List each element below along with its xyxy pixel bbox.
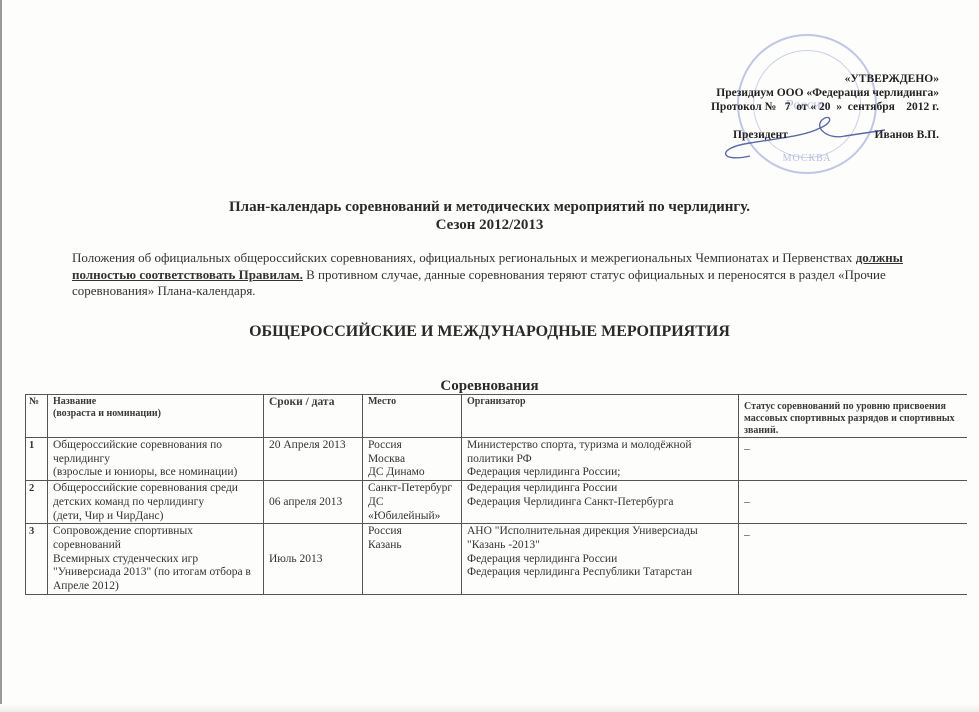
row-name-line: "Универсиада 2013" (по итогам отбора в: [53, 566, 258, 580]
row-place-line: ДС: [368, 496, 456, 510]
row-place-line: Москва: [368, 453, 456, 467]
header-name: Название (возраста и номинации): [48, 395, 264, 438]
row-name-line: (взрослые и юниоры, все номинации): [53, 466, 258, 480]
row-name-line: (дети, Чир и ЧирДанс): [53, 510, 258, 524]
approval-protocol: Протокол № 7 от « 20 » сентября 2012 г.: [711, 100, 939, 114]
row-dates: 20 Апреля 2013: [264, 438, 363, 481]
header-place: Место: [363, 395, 462, 438]
row-status: –: [739, 524, 967, 595]
row-place-line: ДС Динамо: [368, 466, 456, 480]
row-name-line: соревнований: [53, 539, 258, 553]
row-organizer-line: Министерство спорта, туризма и молодёжно…: [467, 439, 733, 453]
table-title: Соревнования: [0, 378, 979, 395]
row-organizer-line: "Казань -2013": [467, 539, 733, 553]
row-place-line: Казань: [368, 539, 456, 553]
title-line-2: Сезон 2012/2013: [0, 216, 979, 234]
section-heading: ОБЩЕРОССИЙСКИЕ И МЕЖДУНАРОДНЫЕ МЕРОПРИЯТ…: [0, 323, 979, 341]
row-name: Общероссийские соревнования среди детски…: [48, 481, 264, 524]
competitions-table: № Название (возраста и номинации) Сроки …: [25, 394, 967, 595]
row-status: –: [739, 481, 967, 524]
row-organizer: Министерство спорта, туризма и молодёжно…: [462, 438, 739, 481]
row-place: Россия Москва ДС Динамо: [363, 438, 462, 481]
header-name-line: Название: [53, 396, 258, 408]
scan-shadow: [0, 704, 979, 712]
row-name-line: Сопровождение спортивных: [53, 525, 258, 539]
row-dates: 06 апреля 2013: [264, 481, 363, 524]
row-name-line: черлидингу: [53, 453, 258, 467]
row-name: Общероссийские соревнования по черлидинг…: [48, 438, 264, 481]
row-name: Сопровождение спортивных соревнований Вс…: [48, 524, 264, 595]
row-organizer-line: Федерация черлидинга России: [467, 482, 733, 496]
row-organizer-line: АНО "Исполнительная дирекция Универсиады: [467, 525, 733, 539]
row-num: 2: [26, 481, 48, 524]
row-organizer-line: Федерация черлидинга России: [467, 553, 733, 567]
row-organizer: Федерация черлидинга России Федерация Че…: [462, 481, 739, 524]
row-organizer: АНО "Исполнительная дирекция Универсиады…: [462, 524, 739, 595]
approval-block: «УТВЕРЖДЕНО» Президиум ООО «Федерация че…: [711, 72, 939, 142]
row-num: 1: [26, 438, 48, 481]
header-name-line: (возраста и номинации): [53, 408, 258, 420]
row-name-line: Общероссийские соревнования по: [53, 439, 258, 453]
header-organizer: Организатор: [462, 395, 739, 438]
row-organizer-line: Федерация черлидинга Республики Татарста…: [467, 566, 733, 580]
title-line-1: План-календарь соревнований и методическ…: [0, 198, 979, 216]
row-name-line: Апреле 2012): [53, 580, 258, 594]
row-organizer-line: Федерация Черлидинга Санкт-Петербурга: [467, 496, 733, 510]
row-place-line: Россия: [368, 525, 456, 539]
row-place: Россия Казань: [363, 524, 462, 595]
table-row: 3 Сопровождение спортивных соревнований …: [26, 524, 967, 595]
row-name-line: Всемирных студенческих игр: [53, 553, 258, 567]
intro-paragraph: Положения об официальных общероссийских …: [72, 250, 952, 300]
row-name-line: Общероссийские соревнования среди: [53, 482, 258, 496]
approval-heading: «УТВЕРЖДЕНО»: [711, 72, 939, 86]
row-status: –: [739, 438, 967, 481]
intro-part-1: Положения об официальных общероссийских …: [72, 250, 856, 265]
signer-role: Президент: [733, 128, 788, 142]
signature-row: Президент Иванов В.П.: [733, 128, 939, 142]
row-place-line: Россия: [368, 439, 456, 453]
table-header-row: № Название (возраста и номинации) Сроки …: [26, 395, 967, 438]
row-place-line: Санкт-Петербург: [368, 482, 456, 496]
row-place: Санкт-Петербург ДС «Юбилейный»: [363, 481, 462, 524]
signer-name: Иванов В.П.: [875, 128, 939, 142]
table-row: 2 Общероссийские соревнования среди детс…: [26, 481, 967, 524]
row-organizer-line: политики РФ: [467, 453, 733, 467]
header-num: №: [26, 395, 48, 438]
header-status: Статус соревнований по уровню присвоения…: [739, 395, 967, 438]
row-place-line: «Юбилейный»: [368, 510, 456, 524]
header-dates: Сроки / дата: [264, 395, 363, 438]
scan-edge: [0, 0, 2, 712]
row-organizer-line: Федерация черлидинга России;: [467, 466, 733, 480]
row-num: 3: [26, 524, 48, 595]
row-name-line: детских команд по черлидингу: [53, 496, 258, 510]
document-title: План-календарь соревнований и методическ…: [0, 198, 979, 234]
approval-body: Президиум ООО «Федерация черлидинга»: [711, 86, 939, 100]
row-dates: Июль 2013: [264, 524, 363, 595]
table-row: 1 Общероссийские соревнования по черлиди…: [26, 438, 967, 481]
